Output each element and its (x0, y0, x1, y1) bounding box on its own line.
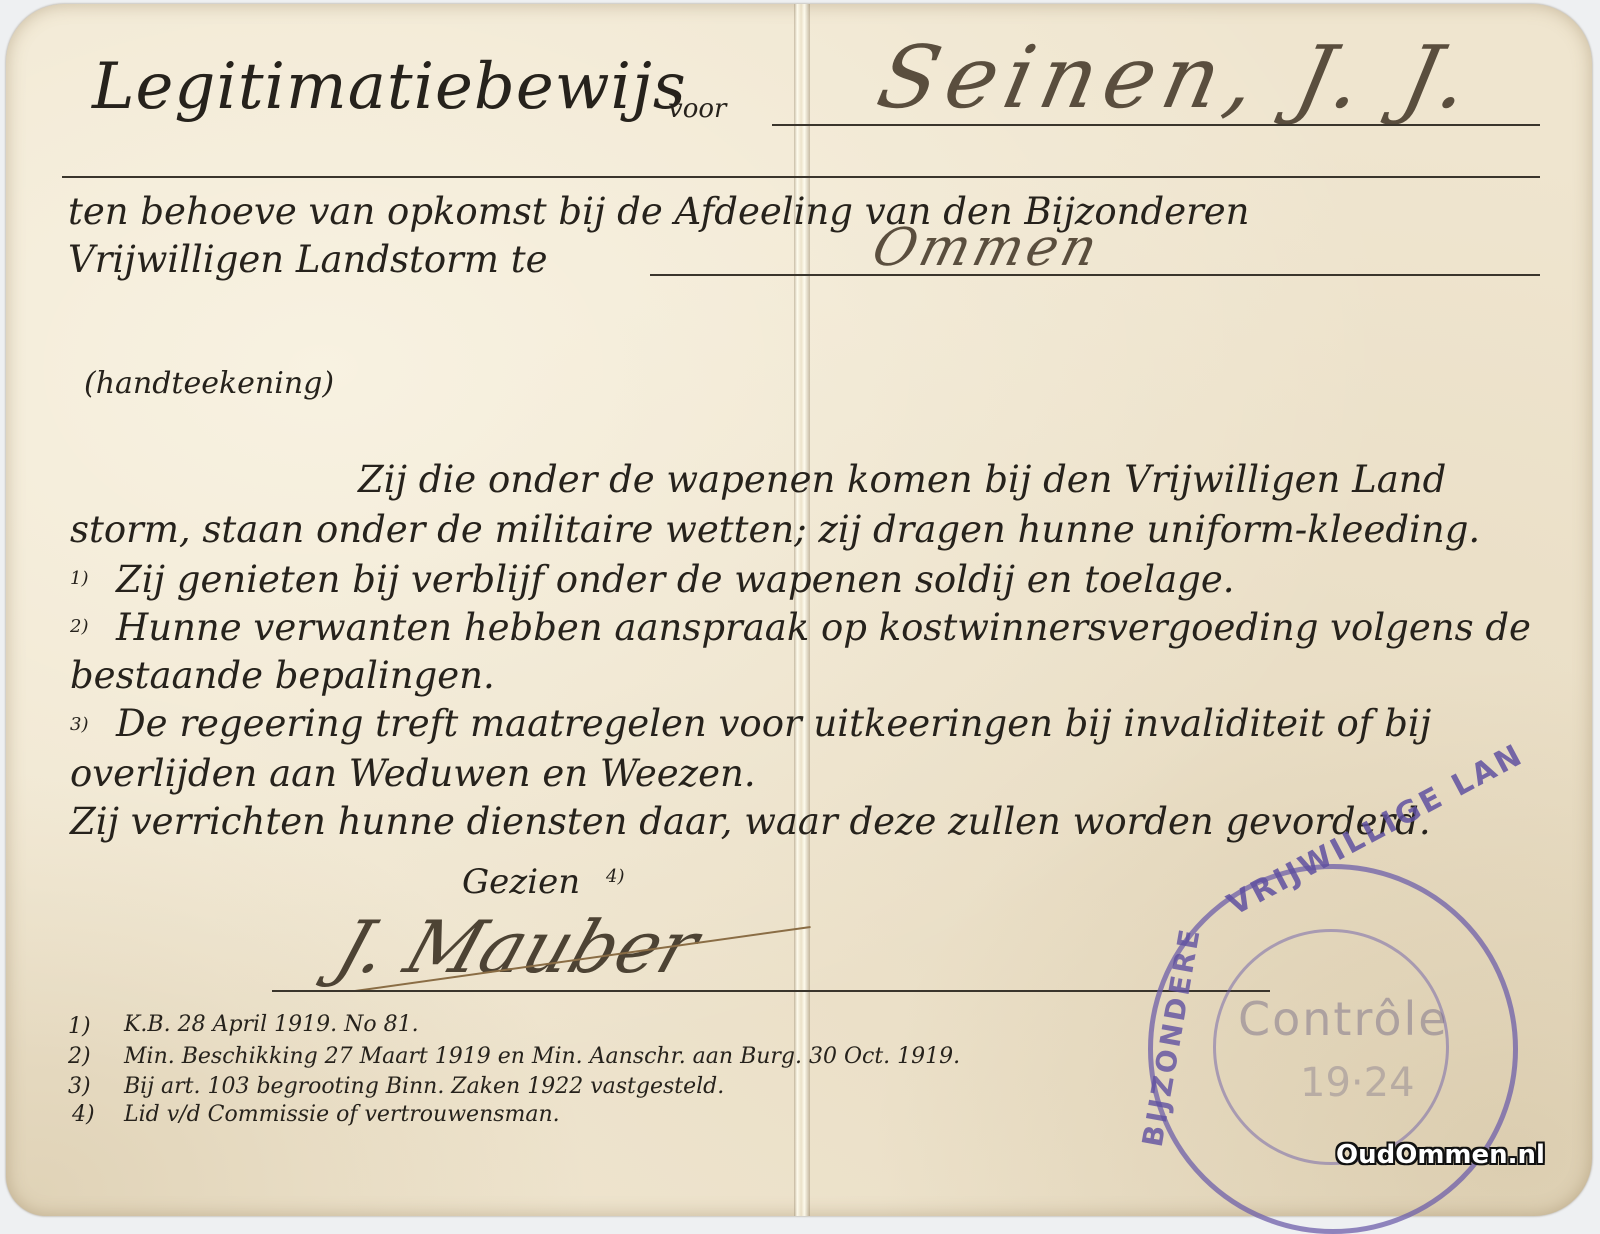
body-line-3: Zij genieten bij verblijf onder de wapen… (116, 558, 1235, 601)
seen-label: Gezien (462, 862, 580, 902)
stamp-date: 19·24 (1300, 1060, 1415, 1106)
signature-line (272, 990, 1270, 992)
signature-label: (handteekening) (84, 366, 334, 401)
footnote-4: Lid v/d Commissie of vertrouwensman. (124, 1102, 560, 1127)
place-name: Ommen (867, 218, 1107, 278)
stamp-inner-ring (1213, 929, 1449, 1165)
site-watermark: OudOmmen.nl (1336, 1140, 1545, 1170)
unit-line: Vrijwilligen Landstorm te (68, 238, 547, 281)
marker-2: 2) (70, 616, 88, 637)
body-line-8: Zij verrichten hunne diensten daar, waar… (70, 800, 1431, 843)
footnote-2: Min. Beschikking 27 Maart 1919 en Min. A… (124, 1044, 960, 1069)
place-line (650, 274, 1540, 276)
official-signature: J. Mauber (326, 905, 708, 989)
footnote-marker-2: 2) (68, 1044, 91, 1069)
stamp-center-text: Contrôle (1238, 992, 1449, 1046)
marker-1: 1) (70, 568, 88, 589)
body-line-1: Zij die onder de wapenen komen bij den V… (358, 458, 1446, 501)
body-line-6: De regeering treft maatregelen voor uitk… (116, 702, 1431, 745)
body-line-4: Hunne verwanten hebben aanspraak op kost… (116, 606, 1531, 649)
name-line-2 (62, 176, 1540, 178)
holder-name: Seinen, J. J. (869, 28, 1486, 128)
footnote-marker-4: 4) (72, 1102, 95, 1127)
body-line-2: storm, staan onder de militaire wetten; … (70, 508, 1480, 551)
name-line-1 (772, 124, 1540, 126)
footnote-marker-1: 1) (68, 1014, 91, 1039)
marker-3: 3) (70, 714, 88, 735)
body-line-7: overlijden aan Weduwen en Weezen. (70, 752, 756, 795)
seen-marker: 4) (606, 866, 624, 887)
document-title: Legitimatiebewijs (92, 50, 687, 124)
body-line-5: bestaande bepalingen. (70, 654, 495, 697)
footnote-1: K.B. 28 April 1919. No 81. (124, 1012, 419, 1037)
footnote-3: Bij art. 103 begrooting Binn. Zaken 1922… (124, 1074, 724, 1099)
footnote-marker-3: 3) (68, 1074, 91, 1099)
title-suffix: voor (668, 94, 726, 124)
